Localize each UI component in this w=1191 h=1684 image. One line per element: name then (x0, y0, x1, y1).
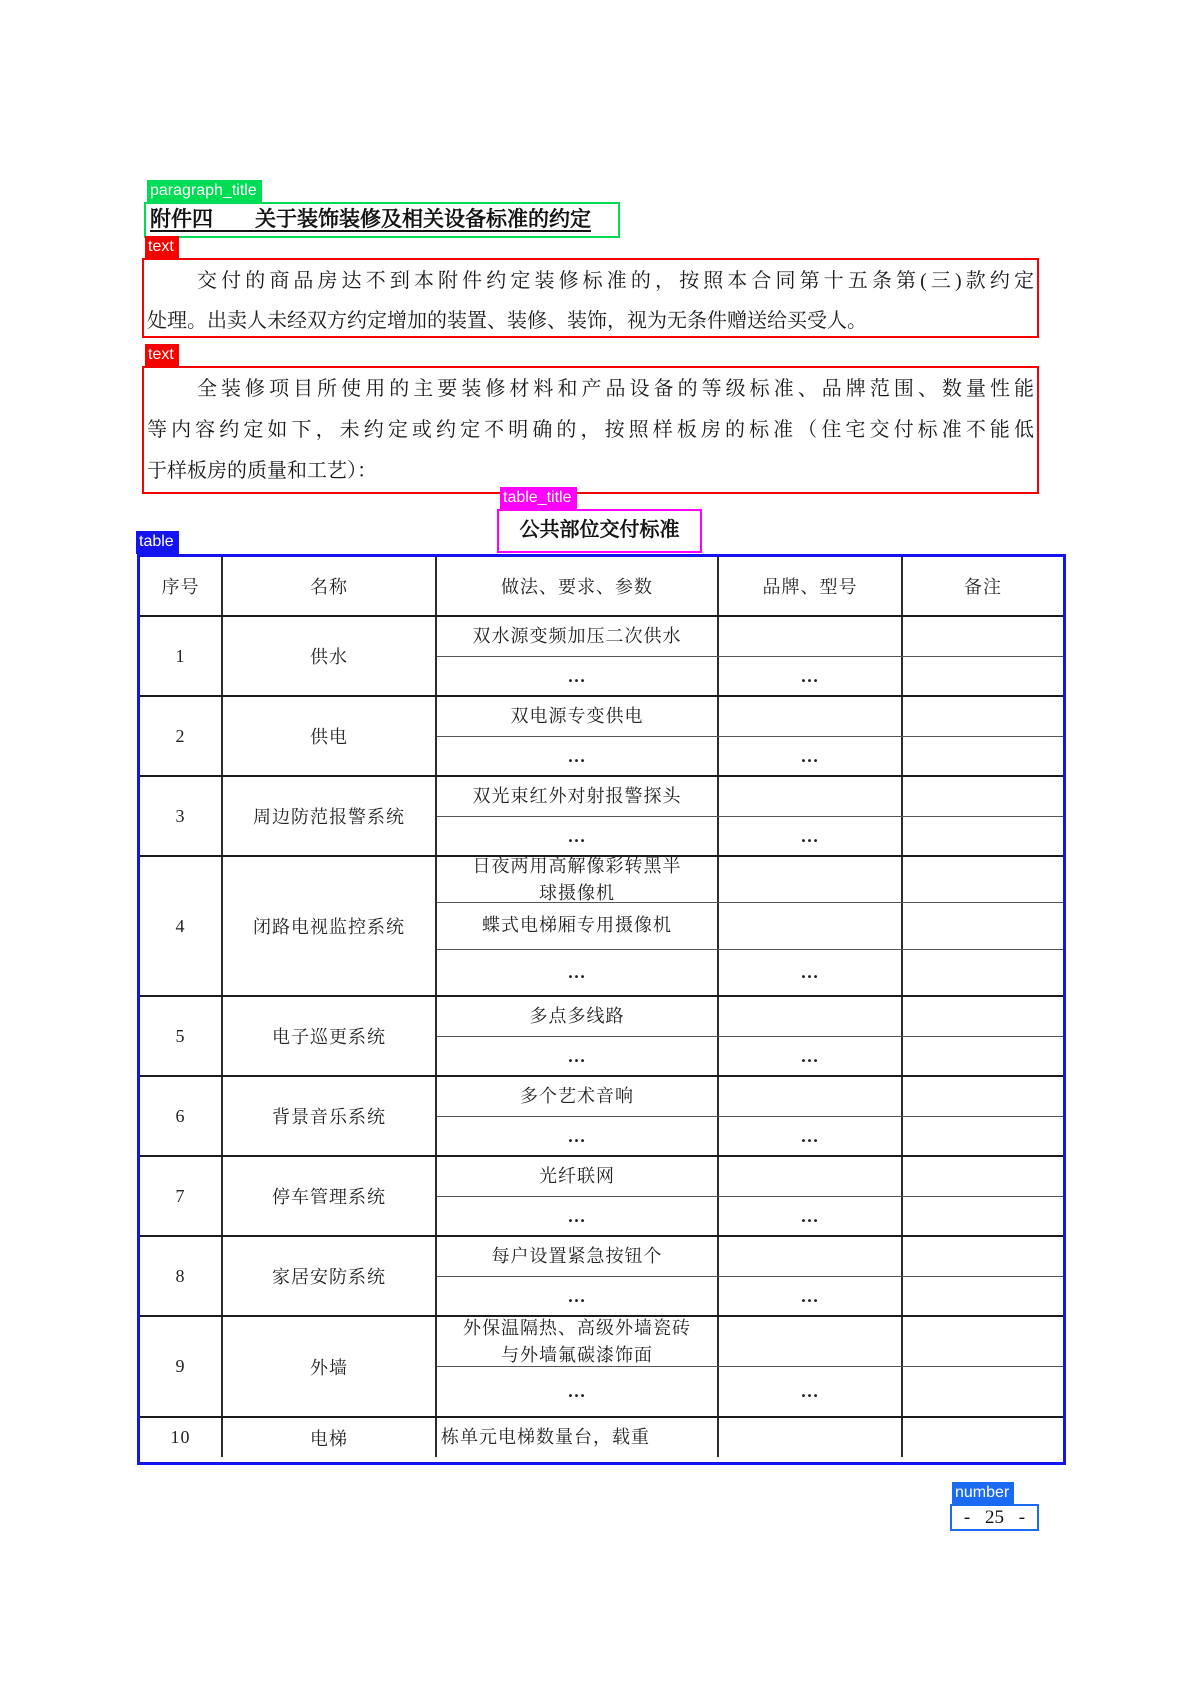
spec-subrow: …… (437, 736, 1063, 775)
table-row: 4闭路电视监控系统日夜两用高解像彩转黑半 球摄像机蝶式电梯厢专用摄像机…… (140, 855, 1063, 995)
method-cell: 多个艺术音响 (437, 1077, 719, 1116)
spec-subrow: …… (437, 1276, 1063, 1315)
item-name-cell: 电梯 (223, 1418, 437, 1457)
paragraph-line: 处理。出卖人未经双方约定增加的装置、装修、装饰，视为无条件赠送给买受人。 (147, 301, 1034, 341)
note-cell (903, 950, 1063, 995)
row-number-cell: 10 (140, 1418, 223, 1457)
spec-subrow: 日夜两用高解像彩转黑半 球摄像机 (437, 857, 1063, 902)
spec-subrow: …… (437, 656, 1063, 695)
note-cell (903, 817, 1063, 855)
spec-subrow: 每户设置紧急按钮个 (437, 1237, 1063, 1276)
brand-cell: … (719, 1197, 903, 1235)
item-name-cell: 外墙 (223, 1317, 437, 1416)
brand-cell: … (719, 1037, 903, 1075)
note-cell (903, 1197, 1063, 1235)
note-cell (903, 1277, 1063, 1315)
annotation-label-table: table (136, 531, 179, 554)
row-number-cell: 3 (140, 777, 223, 855)
table-row: 6背景音乐系统多个艺术音响…… (140, 1075, 1063, 1155)
annotation-label-text-1: text (145, 236, 179, 259)
row-number-cell: 1 (140, 617, 223, 695)
note-cell (903, 1317, 1063, 1366)
note-cell (903, 1157, 1063, 1196)
method-cell: 蝶式电梯厢专用摄像机 (437, 903, 719, 948)
method-cell: … (437, 657, 719, 695)
table-row: 8家居安防系统每户设置紧急按钮个…… (140, 1235, 1063, 1315)
paragraph-line: 全装修项目所使用的主要装修材料和产品设备的等级标准、品牌范围、数量性能 (147, 369, 1034, 410)
note-cell (903, 1077, 1063, 1116)
spec-subrow: …… (437, 1196, 1063, 1235)
brand-cell: … (719, 737, 903, 775)
item-name-cell: 电子巡更系统 (223, 997, 437, 1075)
table-row: 2供电双电源专变供电…… (140, 695, 1063, 775)
table-header-row: 序号名称做法、要求、参数品牌、型号备注 (140, 557, 1063, 615)
brand-cell (719, 1317, 903, 1366)
method-cell: 栋单元电梯数量台，载重 (437, 1418, 719, 1457)
brand-cell (719, 617, 903, 656)
note-cell (903, 1418, 1063, 1457)
note-cell (903, 737, 1063, 775)
spec-subcolumn: 栋单元电梯数量台，载重 (437, 1418, 1063, 1457)
spec-subrow: 外保温隔热、高级外墙瓷砖 与外墙氟碳漆饰面 (437, 1317, 1063, 1366)
note-cell (903, 997, 1063, 1036)
paragraph-line: 等内容约定如下，未约定或约定不明确的，按照样板房的标准（住宅交付标准不能低 (147, 410, 1034, 451)
spec-subrow: …… (437, 1036, 1063, 1075)
table-row: 7停车管理系统光纤联网…… (140, 1155, 1063, 1235)
column-header: 品牌、型号 (719, 557, 903, 615)
note-cell (903, 657, 1063, 695)
row-number-cell: 6 (140, 1077, 223, 1155)
page-title-text: 附件四 关于装饰装修及相关设备标准的约定 (150, 208, 591, 231)
table-row: 3周边防范报警系统双光束红外对射报警探头…… (140, 775, 1063, 855)
table-title-text: 公共部位交付标准 (520, 519, 680, 541)
spec-subrow: 光纤联网 (437, 1157, 1063, 1196)
spec-subcolumn: 光纤联网…… (437, 1157, 1063, 1235)
spec-subcolumn: 双水源变频加压二次供水…… (437, 617, 1063, 695)
row-number-cell: 8 (140, 1237, 223, 1315)
method-cell: … (437, 737, 719, 775)
item-name-cell: 供水 (223, 617, 437, 695)
spec-subrow: …… (437, 949, 1063, 995)
brand-cell (719, 1077, 903, 1116)
spec-subrow: …… (437, 1116, 1063, 1155)
spec-subrow: 蝶式电梯厢专用摄像机 (437, 902, 1063, 948)
spec-subcolumn: 双光束红外对射报警探头…… (437, 777, 1063, 855)
paragraph-1: 交付的商品房达不到本附件约定装修标准的，按照本合同第十五条第(三)款约定处理。出… (142, 258, 1039, 338)
annotation-label-paragraph-title: paragraph_title (147, 180, 262, 203)
note-cell (903, 617, 1063, 656)
method-cell: 每户设置紧急按钮个 (437, 1237, 719, 1276)
brand-cell (719, 1418, 903, 1457)
brand-cell (719, 857, 903, 902)
brand-cell: … (719, 817, 903, 855)
page-number-text: - 25 - (964, 1507, 1025, 1528)
spec-subrow: 双光束红外对射报警探头 (437, 777, 1063, 816)
brand-cell (719, 997, 903, 1036)
row-number-cell: 7 (140, 1157, 223, 1235)
document-page: paragraph_title 附件四 关于装饰装修及相关设备标准的约定 tex… (0, 0, 1191, 1684)
column-header: 序号 (140, 557, 223, 615)
method-cell: 双水源变频加压二次供水 (437, 617, 719, 656)
note-cell (903, 777, 1063, 816)
page-title: 附件四 关于装饰装修及相关设备标准的约定 (144, 202, 620, 238)
row-number-cell: 4 (140, 857, 223, 995)
row-number-cell: 2 (140, 697, 223, 775)
column-header: 做法、要求、参数 (437, 557, 719, 615)
spec-subcolumn: 多个艺术音响…… (437, 1077, 1063, 1155)
method-cell: 多点多线路 (437, 997, 719, 1036)
column-header: 备注 (903, 557, 1063, 615)
table-row: 9外墙外保温隔热、高级外墙瓷砖 与外墙氟碳漆饰面…… (140, 1315, 1063, 1416)
item-name-cell: 背景音乐系统 (223, 1077, 437, 1155)
method-cell: … (437, 1117, 719, 1155)
method-cell: … (437, 1277, 719, 1315)
item-name-cell: 家居安防系统 (223, 1237, 437, 1315)
item-name-cell: 停车管理系统 (223, 1157, 437, 1235)
item-name-cell: 闭路电视监控系统 (223, 857, 437, 995)
note-cell (903, 697, 1063, 736)
brand-cell: … (719, 657, 903, 695)
spec-subcolumn: 多点多线路…… (437, 997, 1063, 1075)
spec-subcolumn: 日夜两用高解像彩转黑半 球摄像机蝶式电梯厢专用摄像机…… (437, 857, 1063, 995)
brand-cell (719, 697, 903, 736)
note-cell (903, 1037, 1063, 1075)
table-title: 公共部位交付标准 (497, 509, 702, 553)
delivery-standards-table: 序号名称做法、要求、参数品牌、型号备注1供水双水源变频加压二次供水……2供电双电… (137, 554, 1066, 1465)
paragraph-line: 于样板房的质量和工艺）： (147, 451, 1034, 492)
spec-subrow: …… (437, 1366, 1063, 1416)
method-cell: … (437, 1197, 719, 1235)
brand-cell: … (719, 950, 903, 995)
note-cell (903, 1237, 1063, 1276)
spec-subcolumn: 外保温隔热、高级外墙瓷砖 与外墙氟碳漆饰面…… (437, 1317, 1063, 1416)
brand-cell (719, 1157, 903, 1196)
brand-cell: … (719, 1277, 903, 1315)
table-row: 1供水双水源变频加压二次供水…… (140, 615, 1063, 695)
table-row: 10电梯栋单元电梯数量台，载重 (140, 1416, 1063, 1457)
note-cell (903, 903, 1063, 948)
spec-subrow: 双电源专变供电 (437, 697, 1063, 736)
brand-cell (719, 903, 903, 948)
method-cell: … (437, 950, 719, 995)
paragraph-line: 交付的商品房达不到本附件约定装修标准的，按照本合同第十五条第(三)款约定 (147, 261, 1034, 301)
annotation-label-table-title: table_title (500, 487, 577, 510)
brand-cell (719, 777, 903, 816)
spec-subrow: 多个艺术音响 (437, 1077, 1063, 1116)
brand-cell: … (719, 1117, 903, 1155)
table-row: 5电子巡更系统多点多线路…… (140, 995, 1063, 1075)
spec-subrow: 双水源变频加压二次供水 (437, 617, 1063, 656)
method-cell: 光纤联网 (437, 1157, 719, 1196)
note-cell (903, 1367, 1063, 1416)
method-cell: 外保温隔热、高级外墙瓷砖 与外墙氟碳漆饰面 (437, 1317, 719, 1366)
spec-subrow: 多点多线路 (437, 997, 1063, 1036)
row-number-cell: 9 (140, 1317, 223, 1416)
method-cell: … (437, 1367, 719, 1416)
spec-subcolumn: 每户设置紧急按钮个…… (437, 1237, 1063, 1315)
method-cell: … (437, 1037, 719, 1075)
page-number: - 25 - (950, 1504, 1039, 1531)
annotation-label-number: number (952, 1482, 1014, 1505)
brand-cell (719, 1237, 903, 1276)
method-cell: 双光束红外对射报警探头 (437, 777, 719, 816)
method-cell: 双电源专变供电 (437, 697, 719, 736)
note-cell (903, 857, 1063, 902)
method-cell: … (437, 817, 719, 855)
row-number-cell: 5 (140, 997, 223, 1075)
note-cell (903, 1117, 1063, 1155)
item-name-cell: 周边防范报警系统 (223, 777, 437, 855)
spec-subrow: 栋单元电梯数量台，载重 (437, 1418, 1063, 1457)
brand-cell: … (719, 1367, 903, 1416)
item-name-cell: 供电 (223, 697, 437, 775)
spec-subrow: …… (437, 816, 1063, 855)
method-cell: 日夜两用高解像彩转黑半 球摄像机 (437, 857, 719, 902)
spec-subcolumn: 双电源专变供电…… (437, 697, 1063, 775)
annotation-label-text-2: text (145, 344, 179, 367)
paragraph-2: 全装修项目所使用的主要装修材料和产品设备的等级标准、品牌范围、数量性能等内容约定… (142, 366, 1039, 494)
column-header: 名称 (223, 557, 437, 615)
